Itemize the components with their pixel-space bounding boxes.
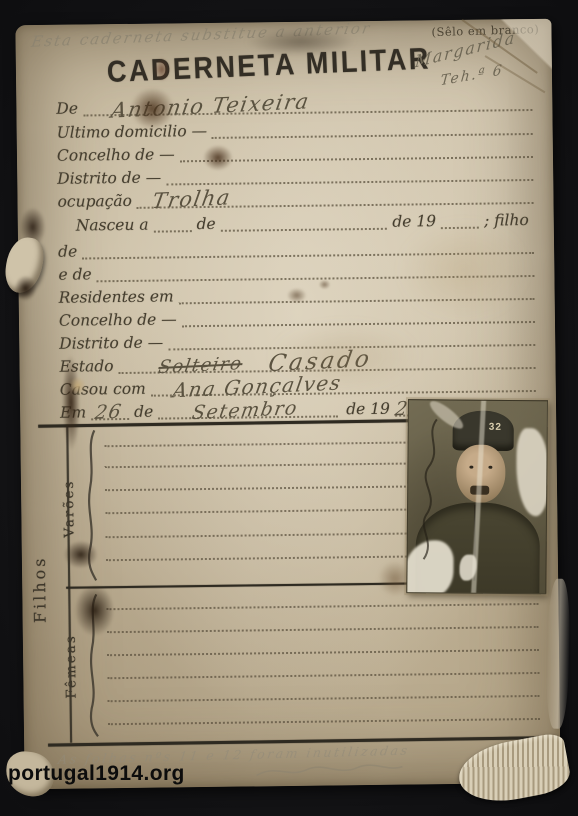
field-row-nasceu: Nasceu a de de 19 ; filho	[76, 208, 534, 234]
field-label-distrito-1: Distrito de —	[57, 170, 166, 187]
scanned-document-screenshot: { "colors": { "background": "#141416", "…	[0, 0, 578, 816]
field-line-ocupacao: Trolha	[137, 182, 534, 209]
cap-number: 32	[489, 422, 502, 433]
field-line-dia: 26	[91, 398, 129, 420]
field-label-de-1: de	[129, 404, 158, 420]
table-ruled-line	[107, 649, 539, 656]
field-label-estado: Estado	[59, 359, 118, 375]
table-ruled-line	[107, 672, 539, 679]
pencil-signature-scribble	[254, 761, 404, 781]
stain	[14, 275, 36, 301]
ragged-right-edge	[545, 578, 570, 728]
field-label-distrito-2: Distrito de —	[59, 335, 168, 352]
field-line-casou-com: Ana Gonçalves	[151, 370, 536, 397]
torn-edge-flap	[2, 235, 46, 296]
field-label-nasceu-de: de	[191, 216, 220, 232]
field-line-nasceu-ano	[441, 207, 479, 229]
field-label-casou-com: Casou com	[60, 381, 151, 398]
field-line-nasceu-mes	[220, 208, 387, 232]
field-label-nasceu: Nasceu a	[76, 217, 154, 233]
field-line-concelho-2	[182, 301, 535, 327]
field-label-mae: e de	[58, 267, 96, 283]
photo-damage-patch	[516, 428, 548, 517]
field-line-nome: Antonio Teixeira	[83, 89, 533, 116]
caderneta-cover-page: Esta caderneta substitue a anterior (Sêl…	[15, 19, 560, 789]
field-line-ultimo-domicilio	[212, 113, 533, 139]
field-line-nasceu-dia	[153, 210, 191, 232]
table-group-label-filhos: Filhos	[30, 543, 53, 635]
handwritten-dia: 26	[93, 400, 124, 423]
field-label-em: Em	[60, 405, 91, 421]
field-line-mes: Setembro	[158, 395, 338, 419]
table-ruled-line	[106, 603, 538, 610]
watermark: portugal1914.org	[8, 762, 185, 786]
field-line-residentes	[179, 278, 535, 304]
field-label-ultimo-domicilio: Ultimo domicilio —	[57, 123, 213, 140]
field-label-filho: ; filho	[479, 212, 534, 228]
field-label-nasceu-de19: de 19	[387, 214, 441, 230]
photo-handwriting-scribble	[413, 416, 448, 566]
handwritten-mes: Setembro	[190, 397, 299, 424]
page-number: 1	[506, 745, 514, 760]
field-label-de: De	[56, 101, 83, 117]
table-section-label-femeas: Fêmeas	[63, 621, 82, 713]
table-ruled-line	[107, 626, 539, 633]
field-label-pai: de	[58, 244, 82, 260]
brace-varoes	[83, 428, 99, 582]
field-label-ocupacao: ocupação	[57, 193, 137, 209]
brace-femeas	[85, 592, 101, 738]
field-line-concelho-1	[180, 136, 533, 162]
field-label-concelho-2: Concelho de —	[59, 312, 182, 329]
table-ruled-line	[108, 695, 540, 702]
stain	[20, 207, 46, 247]
soldier-portrait-photo: 32	[406, 399, 548, 594]
field-label-concelho-1: Concelho de —	[57, 147, 180, 164]
field-label-residentes: Residentes em	[59, 289, 179, 306]
field-label-de-19: de 19	[338, 401, 395, 417]
table-ruled-line	[108, 718, 540, 725]
field-line-distrito-1	[166, 159, 533, 185]
table-section-label-varoes: Varões	[61, 463, 80, 555]
